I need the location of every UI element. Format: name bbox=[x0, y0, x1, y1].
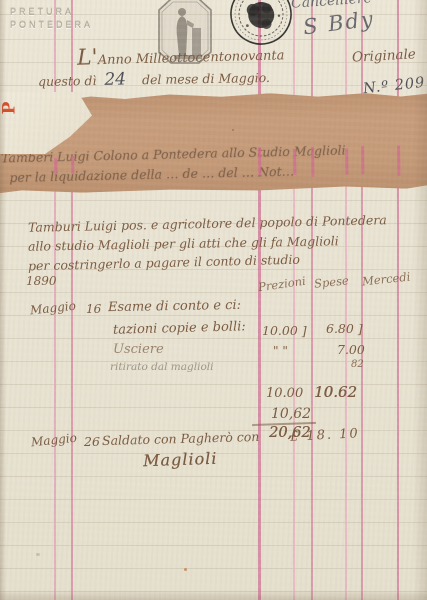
rule-tick bbox=[54, 158, 57, 174]
paper-left-edge bbox=[0, 0, 6, 600]
rule-tick bbox=[345, 148, 348, 174]
embossed-letterhead: PRETURA PONTEDERA bbox=[10, 6, 93, 32]
ledger-vertical-rule bbox=[293, 0, 295, 600]
ledger-vertical-rule bbox=[258, 0, 261, 600]
settlement-text: Saldato con Pagherò con bbox=[102, 429, 260, 448]
date-line: questo dì24del mese di Maggio. bbox=[38, 67, 270, 91]
rule-tick bbox=[397, 146, 400, 176]
total-col2: 10.62 bbox=[314, 383, 357, 401]
paper-speck bbox=[232, 129, 234, 131]
red-letter-mark: P bbox=[0, 102, 19, 115]
year-line: L'Anno Milleottocentonovanta bbox=[77, 40, 285, 70]
day-prefix: questo dì bbox=[38, 73, 97, 89]
row-amount-col1: " " bbox=[273, 344, 288, 358]
document-page: PRETURA PONTEDERA bbox=[0, 0, 427, 600]
body-year: 1890 bbox=[26, 274, 57, 288]
ledger-vertical-rule bbox=[345, 0, 347, 600]
row-description: Usciere bbox=[113, 342, 164, 357]
row-amount-col1: 10.00 ] bbox=[262, 323, 307, 338]
row-month: Maggio bbox=[29, 299, 76, 318]
rule-tick bbox=[258, 147, 261, 175]
letterhead-line1: PRETURA bbox=[10, 6, 93, 19]
rule-tick bbox=[71, 156, 74, 174]
column-header-2: Spese bbox=[313, 273, 349, 291]
paper-speck bbox=[184, 568, 187, 571]
column-header-3: Mercedi bbox=[361, 270, 411, 289]
rule-tick bbox=[293, 149, 296, 175]
strip-text-line2: per la liquidazione della … de … del … N… bbox=[9, 164, 294, 185]
ledger-vertical-rule bbox=[311, 0, 313, 600]
original-label: Originale bbox=[352, 46, 417, 65]
row-description: Esame di conto e ci: bbox=[108, 298, 241, 315]
rule-tick bbox=[311, 147, 314, 177]
row-amount-col2: 82 bbox=[351, 359, 364, 370]
settlement-amount: £ 18. 10 bbox=[290, 426, 360, 445]
column-header-1: Prezioni bbox=[257, 274, 306, 295]
day-number: 24 bbox=[104, 69, 126, 89]
paper-speck bbox=[36, 553, 40, 556]
row-amount-col2: 6.80 ] bbox=[326, 321, 363, 336]
row-amount-col2: 7.00 bbox=[337, 342, 365, 357]
row-day: 16 bbox=[86, 302, 101, 316]
row-description: ritirato dal maglioli bbox=[110, 361, 213, 373]
settlement-day: 26 bbox=[84, 434, 100, 449]
doc-number-value: 209 bbox=[394, 75, 426, 94]
body-line1: Tamburi Luigi pos. e agricoltore del pop… bbox=[28, 212, 387, 235]
subtotal: 10,62 bbox=[271, 406, 311, 422]
settlement-signature: Maglioli bbox=[143, 449, 218, 471]
letterhead-line2: PONTEDERA bbox=[10, 19, 93, 32]
rule-tick bbox=[361, 146, 364, 174]
row-description: tazioni copie e bolli: bbox=[113, 319, 246, 337]
total-col1: 10.00 bbox=[266, 386, 303, 401]
month-line: del mese di Maggio. bbox=[142, 70, 270, 87]
